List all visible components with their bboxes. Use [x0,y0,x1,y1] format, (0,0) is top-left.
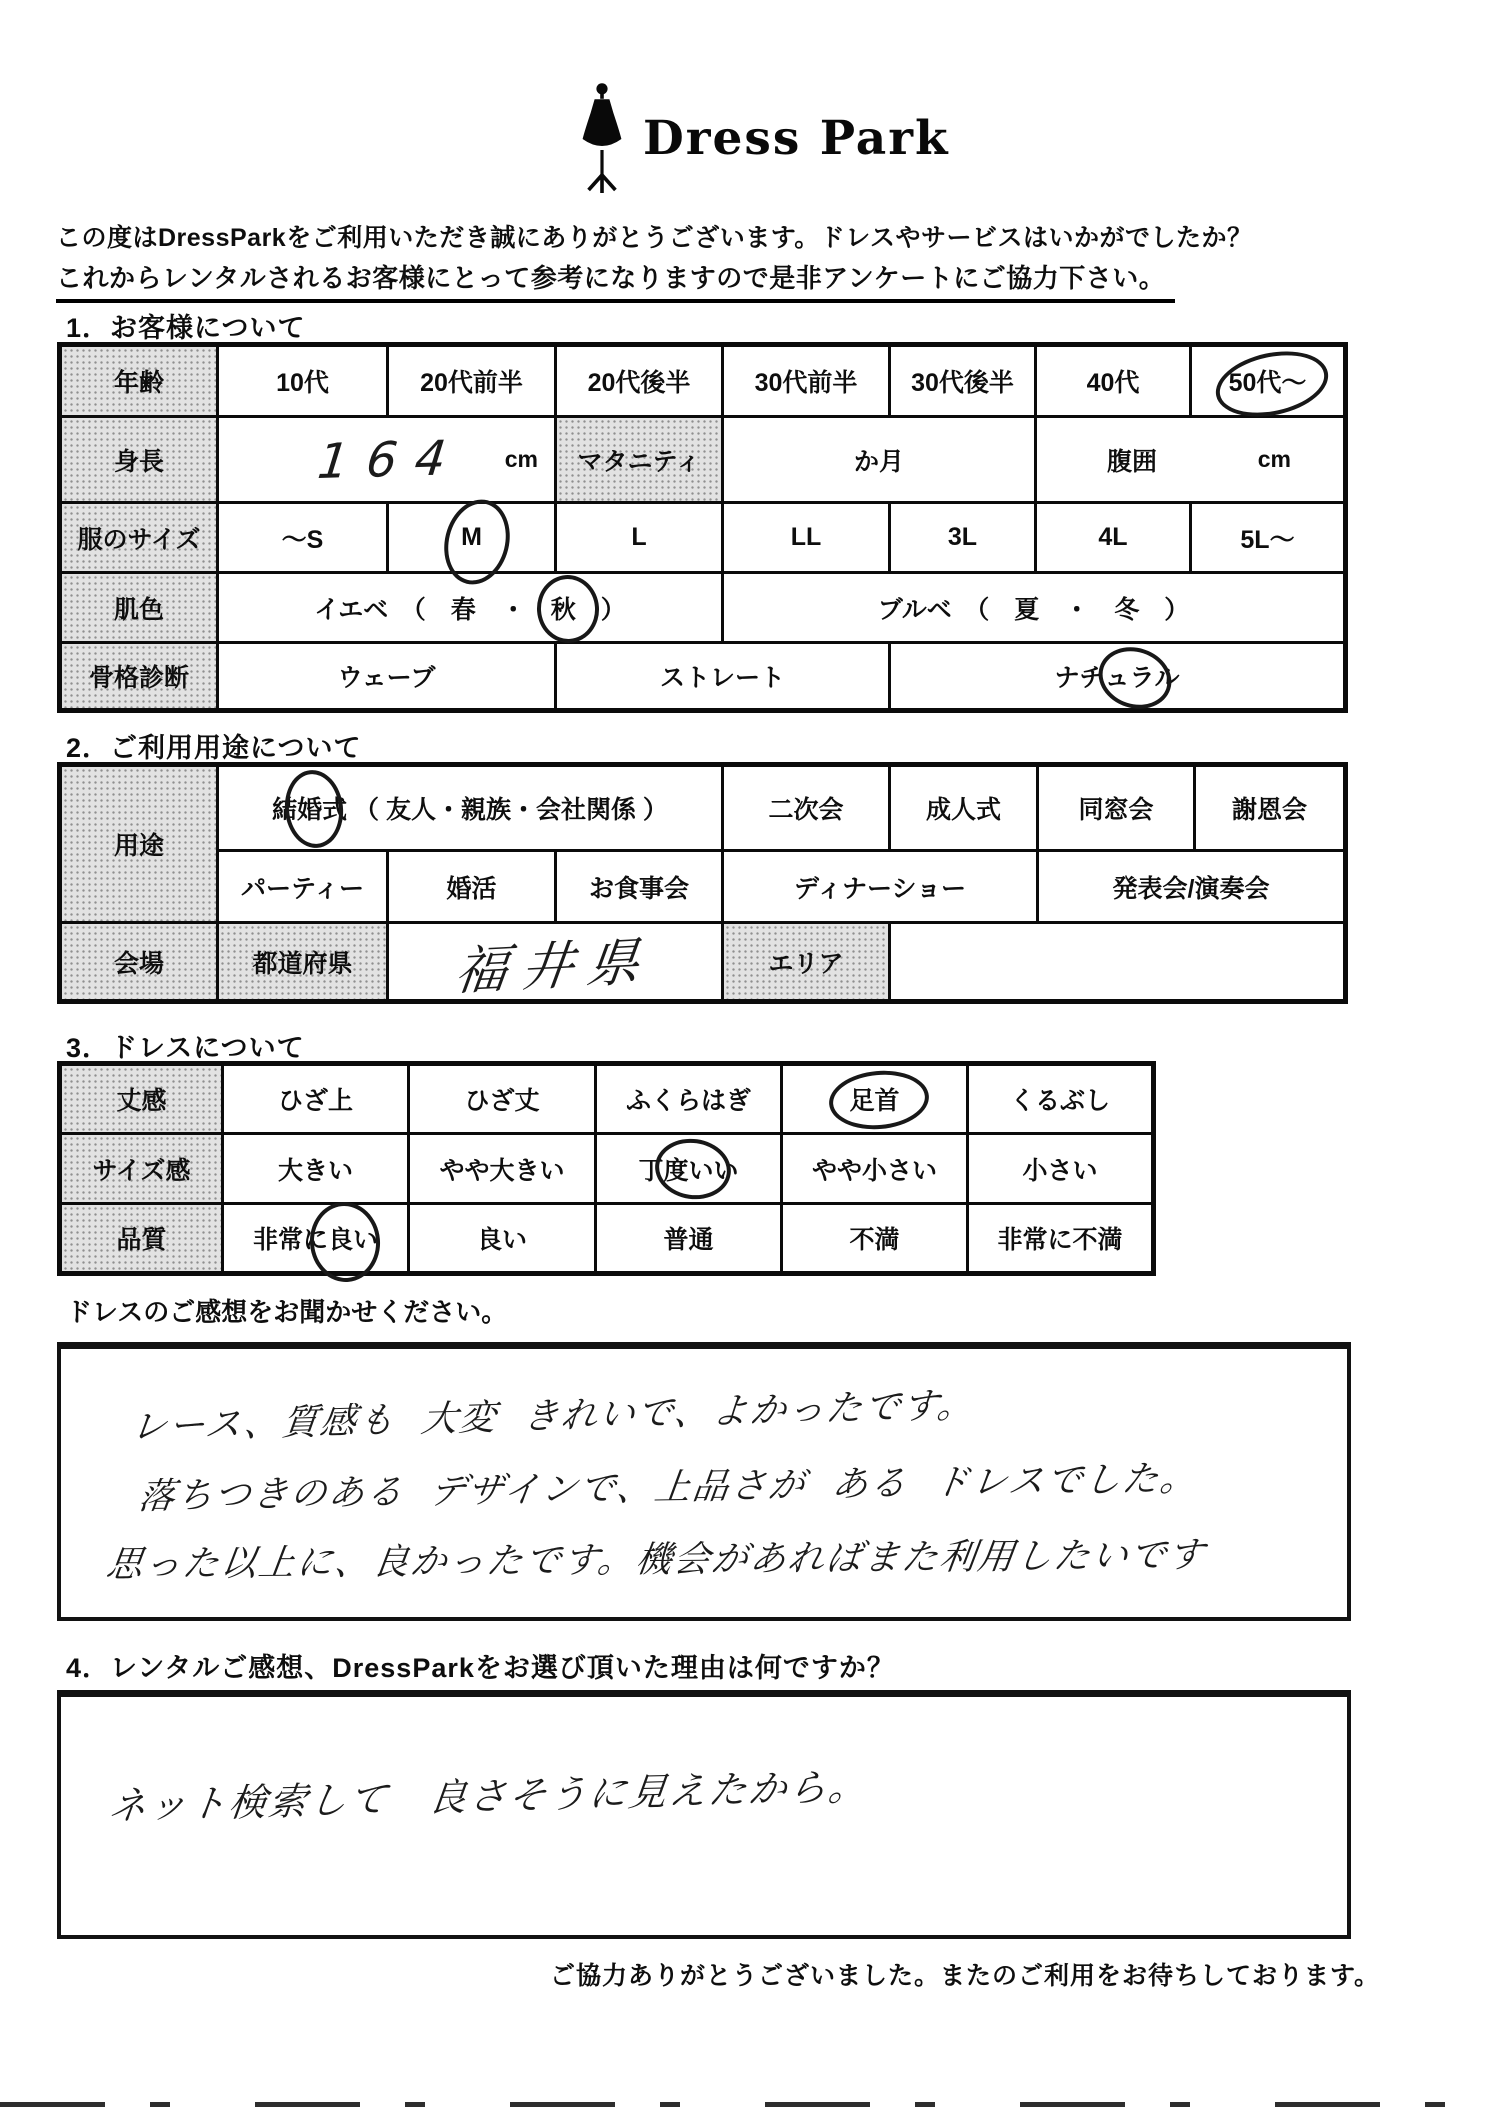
option-cell: ストレート [556,643,890,711]
option-cell: 5L～ [1191,503,1346,573]
skin-tone-row: 肌色 イエベ （ 春 ・ 秋 ） ブルベ （ 夏 ・ 冬 ） [60,573,1346,643]
dress-form-icon [575,82,629,194]
option-cell: 40代 [1036,345,1191,417]
option-cell: 謝恩会 [1195,765,1346,851]
venue-label: 会場 [60,923,218,1002]
age-label: 年齢 [60,345,218,417]
intro-text: この度はDressParkをご利用いただき誠にありがとうございます。ドレスやサー… [56,218,1252,254]
brand-logo: Dress Park [575,82,950,194]
skeleton-row: 骨格診断 ウェーブ ストレート ナチュラル [60,643,1346,711]
prefecture-value-cell: 福井県 [388,923,723,1002]
option-cell-selected: 丁度いい [596,1134,782,1204]
option-cell: やや小さい [782,1134,968,1204]
age-row: 年齢 10代 20代前半 20代後半 30代前半 30代後半 40代 50代～ [60,345,1346,417]
handwritten-comment-line: レース、質感も 大変 きれいで、よかったです。 [128,1367,1349,1450]
venue-row: 会場 都道府県 福井県 エリア [60,923,1346,1002]
scan-artifact-line [0,2102,1500,2107]
questionnaire-page: Dress Park この度はDressParkをご利用いただき誠にありがとうご… [0,0,1500,2127]
option-cell: 普通 [596,1204,782,1274]
option-cell: 二次会 [723,765,890,851]
handwritten-prefecture: 福井県 [451,919,658,1005]
usage-table: 用途 結婚式 （ 友人・親族・会社関係 ） 二次会 成人式 同窓会 謝恩会 パー… [57,762,1348,1004]
handwritten-comment-line: 落ちつきのある デザインで、上品さが ある ドレスでした。 [136,1447,1350,1519]
quality-label: 品質 [60,1204,223,1274]
fit-label: サイズ感 [60,1134,223,1204]
option-cell: L [556,503,723,573]
option-cell: ウェーブ [218,643,556,711]
length-row: 丈感 ひざ上 ひざ丈 ふくらはぎ 足首 くるぶし [60,1064,1154,1134]
customer-info-table: 年齢 10代 20代前半 20代後半 30代前半 30代後半 40代 50代～ … [57,342,1348,713]
yellow-base-cell: イエベ （ 春 ・ 秋 ） [218,573,723,643]
option-cell: 10代 [218,345,388,417]
option-cell: 良い [409,1204,596,1274]
option-cell: 婚活 [388,851,556,923]
section3-title: 3．ドレスについて [66,1026,305,1065]
dress-rating-table: 丈感 ひざ上 ひざ丈 ふくらはぎ 足首 くるぶし サイズ感 大きい やや大きい … [57,1061,1156,1276]
option-cell: やや大きい [409,1134,596,1204]
area-label: エリア [723,923,890,1002]
skeleton-label: 骨格診断 [60,643,218,711]
option-cell: 30代前半 [723,345,890,417]
option-cell-selected: ナチュラル [890,643,1346,711]
size-label: 服のサイズ [60,503,218,573]
section1-title: 1．お客様について [66,306,305,345]
option-cell: ひざ上 [223,1064,409,1134]
area-value-cell [890,923,1346,1002]
option-cell: LL [723,503,890,573]
option-cell: 20代前半 [388,345,556,417]
option-cell: 大きい [223,1134,409,1204]
comments-box: レース、質感も 大変 きれいで、よかったです。 落ちつきのある デザインで、上品… [57,1342,1351,1621]
height-row: 身長 164 cm マタニティ か月 腹囲 cm [60,417,1346,503]
maternity-label: マタニティ [556,417,723,503]
section4-title: 4．レンタルご感想、DressParkをお選び頂いた理由は何ですか？ [66,1646,895,1685]
skin-label: 肌色 [60,573,218,643]
comments-label: ドレスのご感想をお聞かせください。 [66,1292,507,1329]
thanks-message: ご協力ありがとうございました。またのご利用をお待ちしております。 [550,1956,1380,1992]
option-cell: 3L [890,503,1036,573]
length-label: 丈感 [60,1064,223,1134]
waist-unit: cm [1258,446,1291,473]
size-row: 服のサイズ ～S M L LL 3L 4L 5L～ [60,503,1346,573]
brand-name: Dress Park [643,111,950,166]
option-cell-selected: 足首 [782,1064,968,1134]
option-cell: 小さい [968,1134,1154,1204]
option-cell: ふくらはぎ [596,1064,782,1134]
option-cell: 4L [1036,503,1191,573]
option-cell: くるぶし [968,1064,1154,1134]
option-cell: 不満 [782,1204,968,1274]
option-cell: パーティー [218,851,388,923]
option-cell: 30代後半 [890,345,1036,417]
option-cell: ひざ丈 [409,1064,596,1134]
option-cell-selected: 結婚式 （ 友人・親族・会社関係 ） [218,765,723,851]
waist-label: 腹囲 [1107,442,1157,478]
quality-row: 品質 非常に良い 良い 普通 不満 非常に不満 [60,1204,1154,1274]
months-cell: か月 [723,417,1036,503]
option-cell: 同窓会 [1038,765,1195,851]
option-cell: お食事会 [556,851,723,923]
option-cell-selected: 50代～ [1191,345,1346,417]
height-label: 身長 [60,417,218,503]
option-cell-selected: M [388,503,556,573]
option-cell: 非常に不満 [968,1204,1154,1274]
prefecture-label: 都道府県 [218,923,388,1002]
purpose-label: 用途 [60,765,218,923]
option-cell: 発表会/演奏会 [1038,851,1346,923]
waist-cell: 腹囲 cm [1036,417,1346,503]
height-unit: cm [505,446,538,473]
handwritten-comment-line: 思った以上に、良かったです。機会があればまた利用したいです [104,1526,1351,1588]
handwritten-reason: ネット検索して 良さそうに見えたから。 [106,1743,1350,1831]
blue-base-cell: ブルベ （ 夏 ・ 冬 ） [723,573,1346,643]
height-value-cell: 164 cm [218,417,556,503]
option-cell: ～S [218,503,388,573]
purpose-row2: パーティー 婚活 お食事会 ディナーショー 発表会/演奏会 [60,851,1346,923]
option-cell: 成人式 [890,765,1038,851]
fit-row: サイズ感 大きい やや大きい 丁度いい やや小さい 小さい [60,1134,1154,1204]
reason-box: ネット検索して 良さそうに見えたから。 [57,1690,1351,1939]
option-cell: ディナーショー [723,851,1038,923]
option-cell-selected: 非常に良い [223,1204,409,1274]
option-cell: 20代後半 [556,345,723,417]
purpose-row1: 用途 結婚式 （ 友人・親族・会社関係 ） 二次会 成人式 同窓会 謝恩会 [60,765,1346,851]
section2-title: 2．ご利用用途について [66,726,361,765]
handwritten-height: 164 [315,430,467,490]
intro-note-underlined: これからレンタルされるお客様にとって参考になりますので是非アンケートにご協力下さ… [56,258,1175,303]
